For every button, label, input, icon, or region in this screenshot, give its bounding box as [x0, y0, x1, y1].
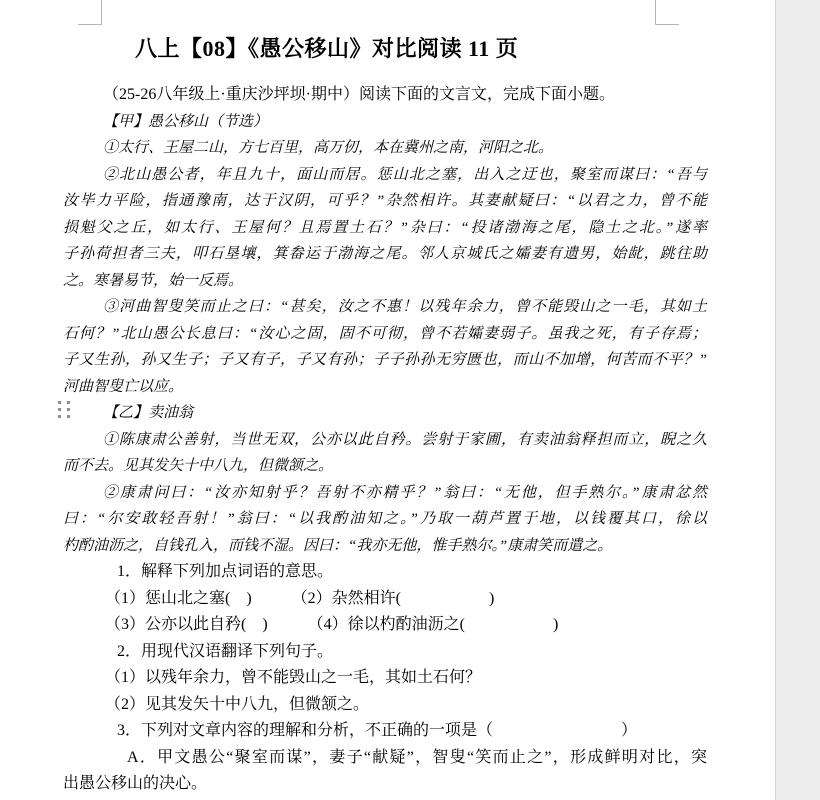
passage-yi-title: 【乙】卖油翁 [63, 400, 707, 427]
passage-jia-para1: ①太行、王屋二山，方七百里，高万仞，本在冀州之南，河阳之北。 [63, 135, 707, 162]
document-page: 八上【08】《愚公移山》对比阅读 11 页 （25-26八年级上·重庆沙坪坝·期… [0, 0, 776, 800]
crop-mark-top-right-icon [655, 0, 656, 24]
passage-jia-para3-line: ③河曲智叟笑而止之曰：“甚矣，汝之不惠！以残年余力，曾不能毁山之一毛，其如土 [63, 294, 707, 321]
passage-jia-para2-line: ②北山愚公者，年且九十，面山而居。惩山北之塞，出入之迂也，聚室而谋曰：“吾与 [63, 162, 707, 189]
exam-source-line: （25-26八年级上·重庆沙坪坝·期中）阅读下面的文言文，完成下面小题。 [63, 82, 707, 109]
passage-jia-para2-line: 之。寒暑易节，始一反焉。 [63, 268, 707, 295]
question-3-option-a: A．甲文愚公“聚室而谋”，妻子“献疑”，智叟“笑而止之”，形成鲜明对比，突 [63, 745, 707, 772]
passage-jia-title: 【甲】愚公移山（节选） [63, 109, 707, 136]
question-3: 3．下列对文章内容的理解和分析，不正确的一项是（ ） [63, 718, 707, 745]
crop-mark-top-left-icon [101, 0, 102, 24]
passage-yi-para1-line: ①陈康肃公善射，当世无双，公亦以此自矜。尝射于家圃，有卖油翁释担而立，睨之久 [63, 427, 707, 454]
passage-jia-para2-line: 损魁父之丘，如太行、王屋何？且焉置土石？”杂曰：“投诸渤海之尾，隐土之北。”遂率 [63, 215, 707, 242]
passage-jia-para3-line: 石何？”北山愚公长息曰：“汝心之固，固不可彻，曾不若孀妻弱子。虽我之死，有子存焉… [63, 321, 707, 348]
passage-jia-para3-line: 子又生孙，孙又生子；子又有子，子又有孙；子子孙孙无穷匮也，而山不加增，何苦而不平… [63, 347, 707, 374]
passage-yi-para2-line: 杓酌油沥之，自钱孔入，而钱不湿。因曰：“我亦无他，惟手熟尔。”康肃笑而遣之。 [63, 533, 707, 560]
crop-mark-top-right-icon [655, 24, 679, 25]
passage-jia-para3-line: 河曲智叟亡以应。 [63, 374, 707, 401]
question-2-item: （2）见其发矢十中八九，但微颔之。 [63, 692, 707, 719]
question-1-items: （3）公亦以此自矜( ) （4）徐以杓酌油沥之( ) [63, 612, 707, 639]
drag-handle-icon[interactable] [58, 401, 75, 422]
question-3-option-a: 出愚公移山的决心。 [63, 771, 707, 798]
passage-jia-para2-line: 汝毕力平险，指通豫南，达于汉阴，可乎？”杂然相许。其妻献疑曰：“以君之力，曾不能 [63, 188, 707, 215]
passage-yi-para2-line: ②康肃问曰：“汝亦知射乎？吾射不亦精乎？”翁曰：“无他，但手熟尔。”康肃忿然 [63, 480, 707, 507]
question-1-items: （1）惩山北之塞( ) （2）杂然相许( ) [63, 586, 707, 613]
passage-jia-para2-line: 子孙荷担者三夫，叩石垦壤，箕畚运于渤海之尾。邻人京城氏之孀妻有遗男，始龀，跳往助 [63, 241, 707, 268]
crop-mark-top-left-icon [78, 24, 102, 25]
question-1: 1．解释下列加点词语的意思。 [63, 559, 707, 586]
question-2: 2．用现代汉语翻译下列句子。 [63, 639, 707, 666]
question-2-item: （1）以残年余力，曾不能毁山之一毛，其如土石何？ [63, 665, 707, 692]
document-title: 八上【08】《愚公移山》对比阅读 11 页 [135, 32, 518, 63]
app-background-gutter [776, 0, 820, 800]
passage-yi-para1-line: 而不去。见其发矢十中八九，但微颔之。 [63, 453, 707, 480]
passage-yi-para2-line: 曰：“尔安敢轻吾射！”翁曰：“以我酌油知之。”乃取一葫芦置于地，以钱覆其口，徐以 [63, 506, 707, 533]
document-body: （25-26八年级上·重庆沙坪坝·期中）阅读下面的文言文，完成下面小题。 【甲】… [63, 82, 707, 798]
